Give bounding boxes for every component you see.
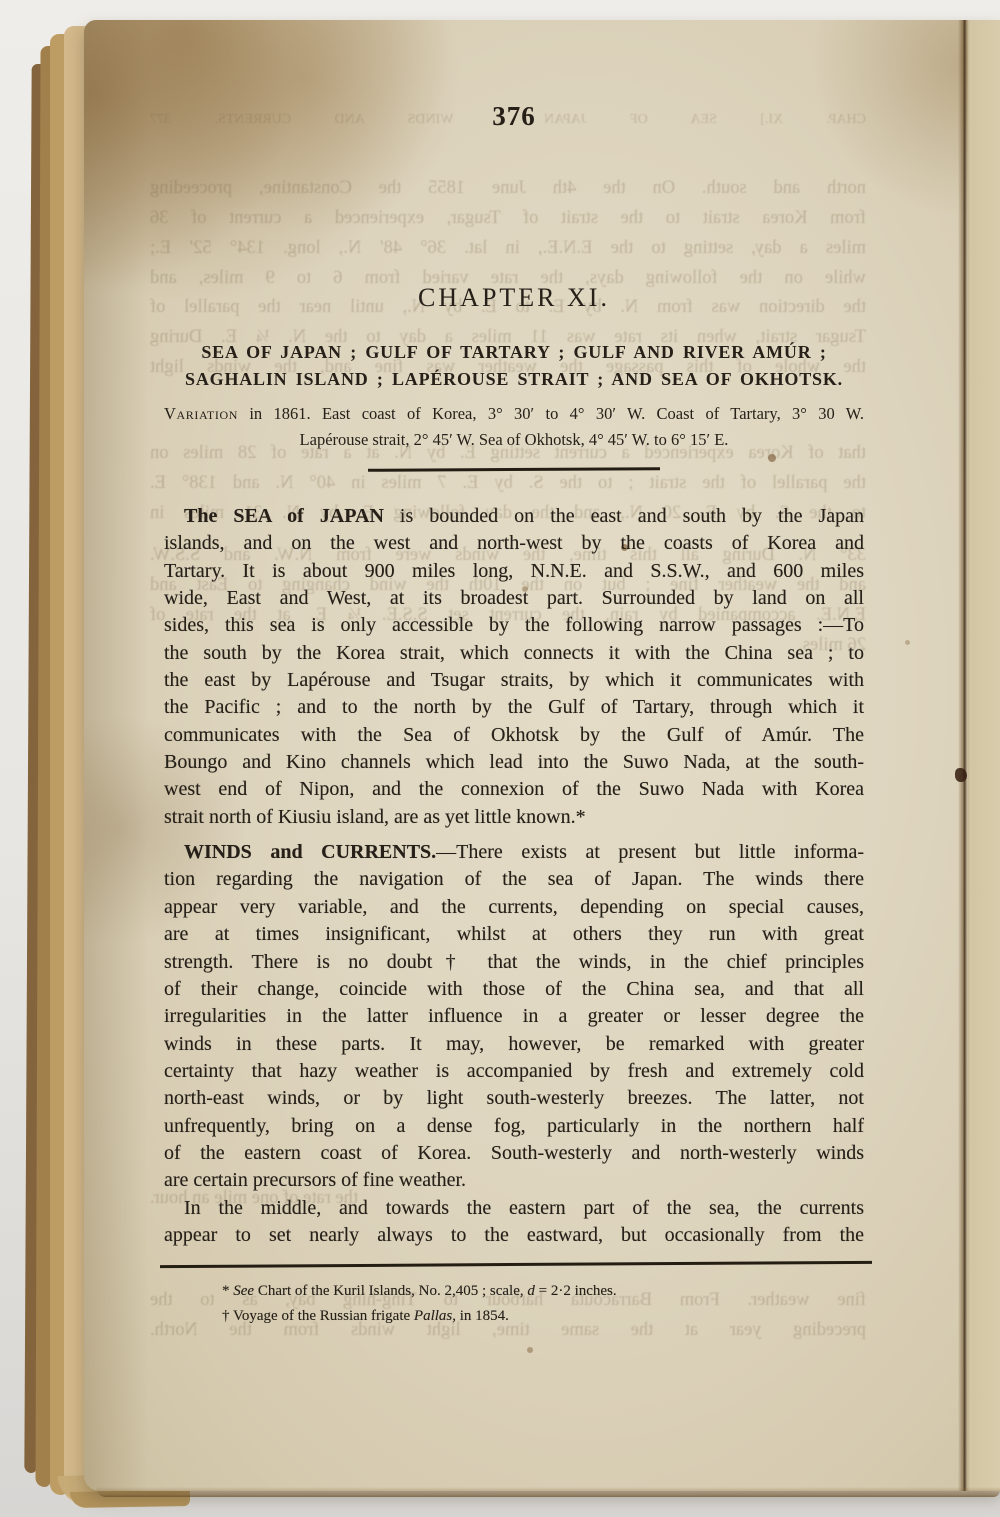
text-line: unfrequently, bring on a dense fog, part… xyxy=(164,1113,864,1140)
text-line: irregularities in the latter influence i… xyxy=(164,1003,864,1030)
text-line: Tartary. It is about 900 miles long, N.N… xyxy=(164,558,864,585)
text-line: the Pacific ; and to the north by the Gu… xyxy=(164,694,864,721)
page-number: 376 xyxy=(164,101,864,132)
text-line: the south by the Korea strait, which con… xyxy=(164,640,864,667)
text-line: appear very variable, and the currents, … xyxy=(164,894,864,921)
body-paragraph: In the middle, and towards the eastern p… xyxy=(164,1195,864,1250)
text-line: winds in these parts. It may, however, b… xyxy=(164,1031,864,1058)
text-line: In the middle, and towards the eastern p… xyxy=(164,1195,864,1222)
section-divider-rule xyxy=(368,467,660,472)
text-line: strait north of Kiusiu island, are as ye… xyxy=(164,804,864,831)
text-line: † Voyage of the Russian frigate Pallas, … xyxy=(164,1304,864,1329)
variation-note: Variation in 1861. East coast of Korea, … xyxy=(164,401,864,453)
text-line: islands, and on the west and north-west … xyxy=(164,530,864,557)
text-line: are at times insignificant, whilst at ot… xyxy=(164,921,864,948)
scanned-book-photo: { "document": { "page_number": "376", "c… xyxy=(0,0,1000,1517)
text-line: * See Chart of the Kuril Islands, No. 2,… xyxy=(164,1279,864,1304)
text-line: communicates with the Sea of Okhotsk by … xyxy=(164,722,864,749)
text-line: sides, this sea is only accessible by th… xyxy=(164,612,864,639)
printed-content: 376 CHAPTER XI. SEA OF JAPAN ; GULF OF T… xyxy=(0,0,1000,1517)
text-line: strength. There is no doubt† that the wi… xyxy=(164,949,864,976)
text-line: west end of Nipon, and the connexion of … xyxy=(164,776,864,803)
text-line: of the eastern coast of Korea. South-wes… xyxy=(164,1140,864,1167)
text-line: WINDS and CURRENTS.—There exists at pres… xyxy=(164,839,864,866)
text-line: wide, East and West, at its broadest par… xyxy=(164,585,864,612)
text-line: north-east winds, or by light south-west… xyxy=(164,1085,864,1112)
text-line: Lapérouse strait, 2° 45′ W. Sea of Okhot… xyxy=(164,427,864,453)
footnotes: * See Chart of the Kuril Islands, No. 2,… xyxy=(164,1279,864,1329)
footnote-rule xyxy=(160,1261,872,1268)
subject-heading: SEA OF JAPAN ; GULF OF TARTARY ; GULF AN… xyxy=(160,339,868,393)
text-line: SAGHALIN ISLAND ; LAPÉROUSE STRAIT ; AND… xyxy=(160,366,868,393)
chapter-heading: CHAPTER XI. xyxy=(164,283,864,313)
text-line: of their change, coincide with those of … xyxy=(164,976,864,1003)
text-line: Boungo and Kino channels which lead into… xyxy=(164,749,864,776)
body-paragraph: The SEA of JAPAN is bounded on the east … xyxy=(164,503,864,831)
text-line: certainty that hazy weather is accompani… xyxy=(164,1058,864,1085)
text-line: appear to set nearly always to the eastw… xyxy=(164,1222,864,1249)
text-line: The SEA of JAPAN is bounded on the east … xyxy=(164,503,864,530)
text-line: tion regarding the navigation of the sea… xyxy=(164,866,864,893)
text-line: SEA OF JAPAN ; GULF OF TARTARY ; GULF AN… xyxy=(160,339,868,366)
body-text: The SEA of JAPAN is bounded on the east … xyxy=(164,503,864,1249)
text-line: are certain precursors of fine weather. xyxy=(164,1167,864,1194)
text-line: Variation in 1861. East coast of Korea, … xyxy=(164,401,864,427)
text-line: the east by Lapérouse and Tsugar straits… xyxy=(164,667,864,694)
body-paragraph: WINDS and CURRENTS.—There exists at pres… xyxy=(164,839,864,1194)
